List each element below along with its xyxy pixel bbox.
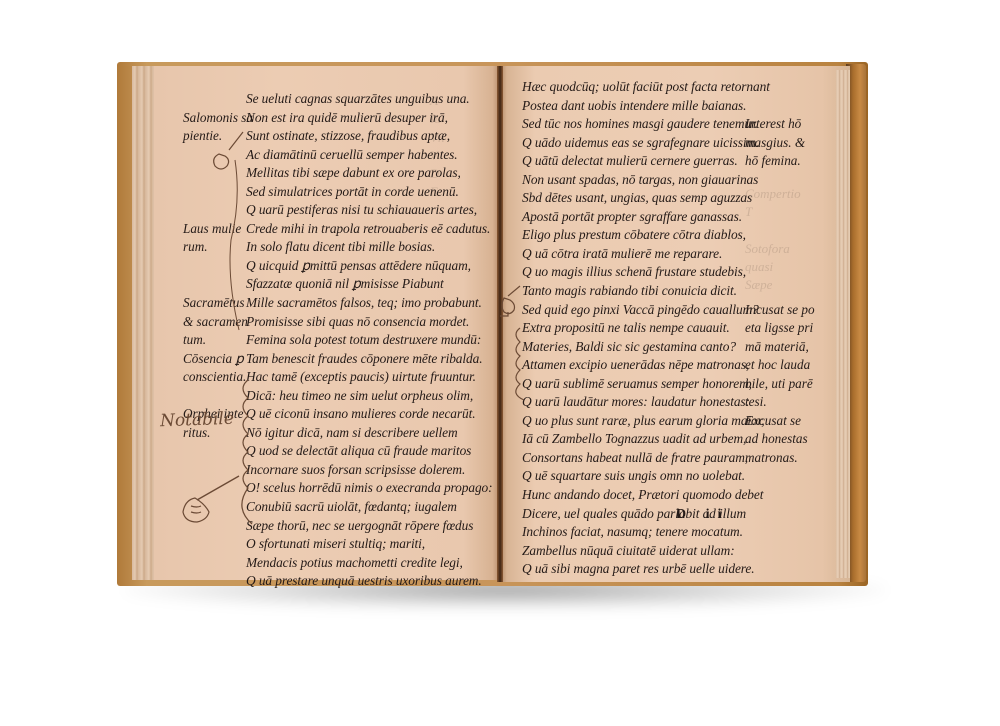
pointing-hand-icon (205, 120, 250, 340)
verse-line: Q uā prestare unquā uestris uxoribus aur… (246, 572, 493, 591)
verse-line: Hunc andando docet, Prætori quomodo debe… (522, 486, 770, 505)
verse-line: Q uarū sublimē seruamus semper honorem, (522, 375, 770, 394)
verse-line: Mille sacramētos falsos, teq; imo probab… (246, 294, 493, 313)
verse-line: Sfazzatæ quoniā nil ꝑmisisse Piabunt (246, 275, 493, 294)
gloss-spacer (745, 208, 815, 227)
verse-line: Attamen excipio uenerādas nēpe matronas, (522, 356, 770, 375)
verse-line: Dicā: heu timeo ne sim uelut orpheus oli… (246, 387, 493, 406)
verse-line: Femina sola potest totum destruxere mund… (246, 331, 493, 350)
verse-line: Conubiū sacrū uiolāt, fœdantq; iugalem (246, 498, 493, 517)
signature-mark: D ii (676, 507, 729, 523)
verse-line: Postea dant uobis intendere mille baiana… (522, 97, 770, 116)
verse-line: Q uo plus sunt raræ, plus earum gloria m… (522, 412, 770, 431)
verse-line: Sed tūc nos homines masgi gaudere tenemu… (522, 115, 770, 134)
gloss-spacer (183, 90, 253, 109)
gloss-spacer (745, 171, 815, 190)
verse-line: Non est ira quidē mulierū desuper irā, (246, 109, 493, 128)
verse-line: Sunt ostinate, stizzose, fraudibus aptæ, (246, 127, 493, 146)
verse-line: Zambellus nūquā ciuitatē uiderat ullam: (522, 542, 770, 561)
verse-line: Hac tamē (exceptis paucis) uirtute fruun… (246, 368, 493, 387)
verse-line: Sed quid ego pinxi Vaccā pingēdo cauallu… (522, 301, 770, 320)
margin-gloss: et hoc lauda (745, 356, 815, 375)
margin-gloss: Cōsencia ꝑ (183, 350, 253, 369)
right-page-verse: Hæc quodcūq; uolūt faciūt post facta ret… (522, 78, 770, 579)
verse-line: Q uarū laudātur mores: laudatur honestas… (522, 393, 770, 412)
gloss-spacer (745, 189, 815, 208)
gloss-spacer (745, 263, 815, 282)
verse-line: Consortans habeat nullā de fratre pauram… (522, 449, 770, 468)
right-page-margin-glosses: Interest hōmasgius. &hō femina.Incusat s… (745, 78, 815, 467)
verse-line: Sæpe thorū, nec se uergognāt rōpere fœdu… (246, 517, 493, 536)
handwritten-note: Notabile (160, 409, 235, 432)
margin-gloss: eta ligsse pri (745, 319, 815, 338)
verse-line: Q uarū pestiferas nisi tu schiauaueris a… (246, 201, 493, 220)
gloss-spacer (745, 97, 815, 116)
verse-line: Mellitas tibi sæpe dabunt ex ore parolas… (246, 164, 493, 183)
verse-line: Hæc quodcūq; uolūt faciūt post facta ret… (522, 78, 770, 97)
verse-line: Tam benescit fraudes cōponere mēte ribal… (246, 350, 493, 369)
verse-line: Q uātū delectat mulierū cernere guerras. (522, 152, 770, 171)
verse-line: Q uod se delectāt aliqua cū fraude marit… (246, 442, 493, 461)
margin-gloss: Interest hō (745, 115, 815, 134)
gloss-spacer (745, 245, 815, 264)
verse-line: Q uē squartare suis ungis omn no uolebat… (522, 467, 770, 486)
pointing-hand-icon (175, 470, 245, 525)
gloss-spacer (745, 226, 815, 245)
verse-line: Incornare suos forsan scripsisse dolerem… (246, 461, 493, 480)
left-page-verse: Se ueluti cagnas squarzātes unguibus una… (246, 90, 493, 591)
gloss-spacer (745, 78, 815, 97)
verse-line: Q uē ciconū insano mulieres corde necarū… (246, 405, 493, 424)
verse-line: Non usant spadas, nō targas, non giauari… (522, 171, 770, 190)
verse-line: Mendacis potius machometti credite legi, (246, 554, 493, 573)
verse-line: Eligo plus prestum cōbatere cōtra diablo… (522, 226, 770, 245)
verse-line: In solo flatu dicent tibi mille bosias. (246, 238, 493, 257)
verse-line: Crede mihi in trapola retrouaberis eē ca… (246, 220, 493, 239)
verse-line: Extra propositū ne talis nempe cauauit. (522, 319, 770, 338)
bracket-icon (508, 326, 526, 402)
verse-line: Materies, Baldi sic sic gestamina canto? (522, 338, 770, 357)
verse-line: Sbd dētes usant, ungias, quas semp aguzz… (522, 189, 770, 208)
verse-line: Apostā portāt propter sgraffare ganassas… (522, 208, 770, 227)
verse-line: Tanto magis rabiando tibi conuicia dicit… (522, 282, 770, 301)
verse-line: Iā cū Zambello Tognazzus uadit ad urbem, (522, 430, 770, 449)
margin-gloss: bile, uti parē (745, 375, 815, 394)
margin-gloss: masgius. & (745, 134, 815, 153)
left-page-edges (132, 66, 154, 580)
verse-line: Q uicquid ꝑmittū pensas attēdere nūquam, (246, 257, 493, 276)
margin-gloss: ad honestas (745, 430, 815, 449)
verse-line: Nō igitur dicā, nam si describere uellem (246, 424, 493, 443)
verse-line: Q uā sibi magna paret res urbē uelle uid… (522, 560, 770, 579)
pointing-hand-icon (498, 282, 524, 322)
margin-gloss: hō femina. (745, 152, 815, 171)
right-page-edges (836, 70, 850, 578)
book-gutter (497, 66, 503, 582)
verse-line: Q uo magis illius schenā frustare studeb… (522, 263, 770, 282)
gloss-spacer (745, 282, 815, 301)
verse-line: O sfortunati miseri stultiq; mariti, (246, 535, 493, 554)
verse-line: Q uādo uidemus eas se sgrafegnare uiciss… (522, 134, 770, 153)
verse-line: Promisisse sibi quas nō consencia mordet… (246, 313, 493, 332)
margin-gloss: Excusat se (745, 412, 815, 431)
verse-line: Inchinos faciat, nasumq; tenere mocatum. (522, 523, 770, 542)
verse-line: Se ueluti cagnas squarzātes unguibus una… (246, 90, 493, 109)
verse-line: Ac diamātinū ceruellū semper habentes. (246, 146, 493, 165)
verse-line: Sed simulatrices portāt in corde uenenū. (246, 183, 493, 202)
margin-gloss: mā materiā, (745, 338, 815, 357)
verse-line: O! scelus horrēdū nimis o execranda prop… (246, 479, 493, 498)
margin-gloss: tesi. (745, 393, 815, 412)
margin-gloss: Incusat se po (745, 301, 815, 320)
verse-line: Dicere, uel quales quādo parlabit ad ill… (522, 505, 770, 524)
verse-line: Q uā cōtra iratā mulierē me reparare. (522, 245, 770, 264)
margin-gloss: matronas. (745, 449, 815, 468)
